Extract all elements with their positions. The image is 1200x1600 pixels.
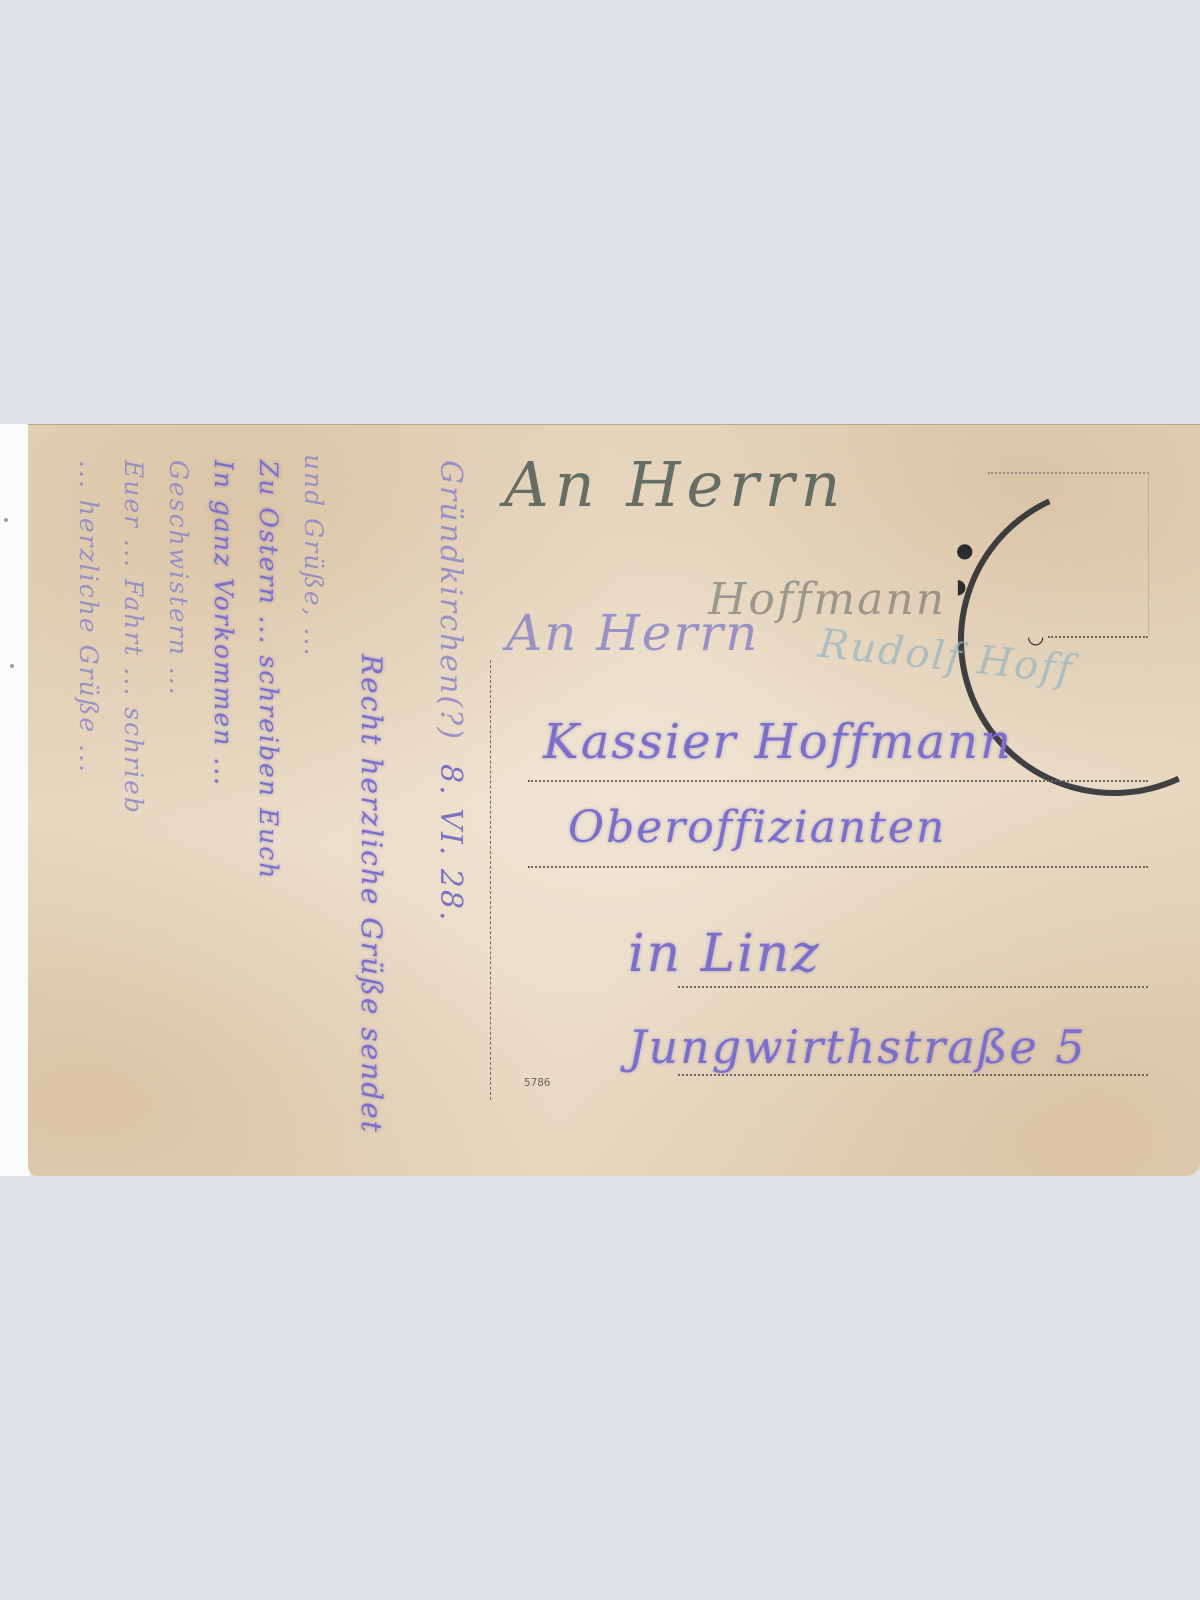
message-line: ... herzliche Grüße ... [74,460,103,774]
address-rule [678,1074,1148,1076]
message-line: und Grüße, ... [299,454,328,657]
message-line: Euer ... Fahrt ... schrieb [119,460,148,815]
message-address-divider [490,660,491,1100]
postcard: Gründkirchen(?) 8. VI. 28. Recht herzlic… [28,424,1200,1176]
address-street: Jungwirthstraße 5 [628,1020,1087,1074]
scan-speck [10,664,14,668]
address-name: Kassier Hoffmann [543,714,1013,770]
address-rule [528,866,1148,868]
address-rule [678,986,1148,988]
address-title: Oberoffizianten [568,802,946,853]
message-date: 8. VI. 28. [433,764,468,922]
pencil-salutation: An Herrn [504,448,846,521]
postmark-mark: ● [956,538,973,562]
message-line: Geschwistern ... [164,460,193,697]
address-rule [528,780,1148,782]
scan-speck [4,518,8,522]
message-line: In ganz Vorkommen ... [209,460,238,787]
message-line: Recht herzliche Grüße sendet [355,654,388,1134]
message-place-date: Gründkirchen(?) 8. VI. 28. [433,460,468,923]
address-rule [1048,636,1148,638]
address-salutation: An Herrn [506,604,759,662]
address-city: in Linz [628,924,821,984]
scan-margin [0,424,30,1176]
printed-card-number: 5786 [524,1076,551,1089]
message-line: Zu Ostern ... schreiben Euch [254,460,283,880]
postmark-mark: ◗ [956,574,967,598]
